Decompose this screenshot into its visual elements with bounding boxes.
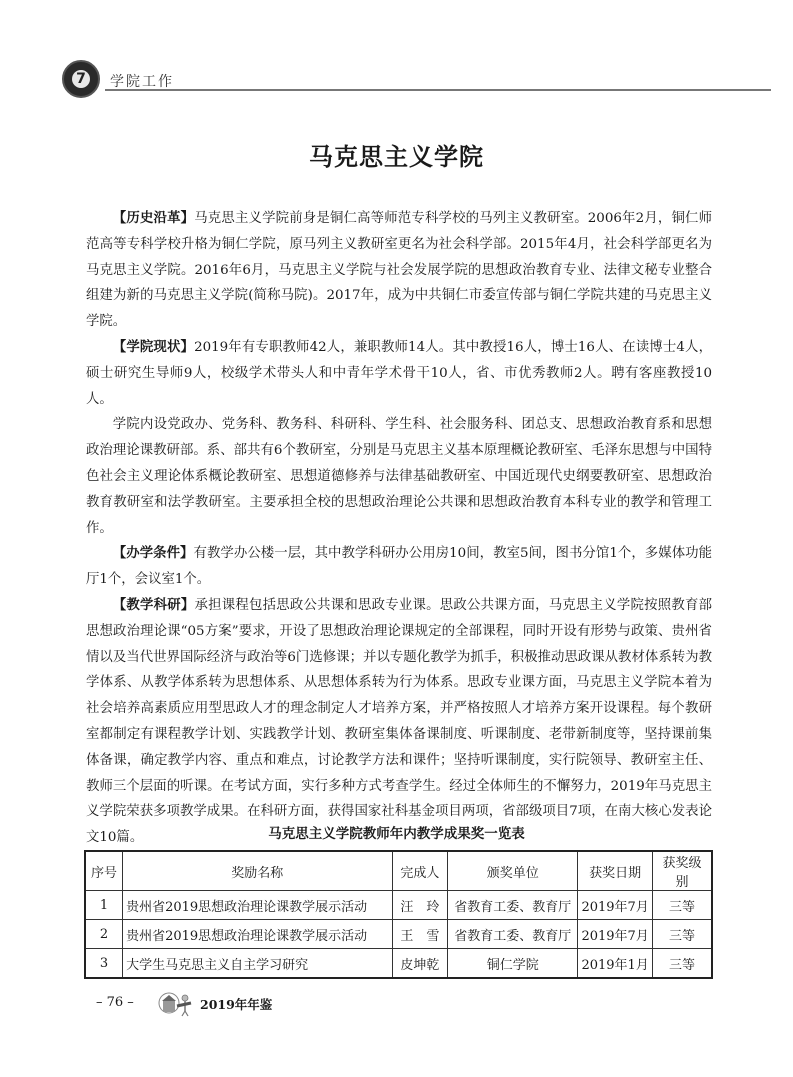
cell-level: 三等 [653,920,712,949]
paragraph-text: 马克思主义学院前身是铜仁高等师范专科学校的马列主义教研室。2006年2月，铜仁师… [86,211,712,329]
cell-issuer: 铜仁学院 [448,949,578,979]
cell-level: 三等 [653,949,712,979]
paragraph-history: 【历史沿革】马克思主义学院前身是铜仁高等师范专科学校的马列主义教研室。2006年… [86,206,712,335]
university-logo-icon: 7 [62,60,100,98]
cell-index: 2 [85,920,123,949]
paragraph-label: 【办学条件】 [113,546,194,561]
table-title: 马克思主义学院教师年内教学成果奖一览表 [0,822,793,842]
cell-issuer: 省教育工委、教育厅 [448,891,578,920]
paragraph-status: 【学院现状】2019年有专职教师42人，兼职教师14人。其中教授16人，博士16… [86,335,712,412]
paragraph-label: 【教学科研】 [113,598,195,613]
column-header: 奖励名称 [123,851,392,891]
cell-date: 2019年1月 [578,949,653,979]
running-header: 7 学院工作 [62,58,712,98]
column-header: 完成人 [392,851,448,891]
cell-date: 2019年7月 [578,920,653,949]
page-number: – 76 – [96,995,134,1010]
paragraph-teaching-research: 【教学科研】承担课程包括思政公共课和思政专业课。思政公共课方面，马克思主义学院按… [86,593,712,851]
section-title: 学院工作 [110,71,174,91]
table-row: 3 大学生马克思主义自主学习研究 皮坤乾 铜仁学院 2019年1月 三等 [85,949,712,979]
cell-recipient: 王 雪 [392,920,448,949]
cell-index: 3 [85,949,123,979]
paragraph-label: 【学院现状】 [113,340,194,355]
paragraph-label: 【历史沿革】 [113,211,194,226]
logo-glyph: 7 [72,70,90,88]
column-header: 序号 [85,851,123,891]
cell-index: 1 [85,891,123,920]
cell-recipient: 汪 玲 [392,891,448,920]
cell-award-name: 大学生马克思主义自主学习研究 [123,949,392,979]
cell-date: 2019年7月 [578,891,653,920]
cell-award-name: 贵州省2019思想政治理论课教学展示活动 [123,920,392,949]
column-header: 获奖级别 [653,851,712,891]
cell-issuer: 省教育工委、教育厅 [448,920,578,949]
paragraph-text: 学院内设党政办、党务科、教务科、科研科、学生科、社会服务科、团总支、思想政治教育… [86,417,712,535]
cell-recipient: 皮坤乾 [392,949,448,979]
article-body: 【历史沿革】马克思主义学院前身是铜仁高等师范专科学校的马列主义教研室。2006年… [86,206,712,851]
cell-level: 三等 [653,891,712,920]
table-row: 2 贵州省2019思想政治理论课教学展示活动 王 雪 省教育工委、教育厅 201… [85,920,712,949]
cell-award-name: 贵州省2019思想政治理论课教学展示活动 [123,891,392,920]
column-header: 获奖日期 [578,851,653,891]
paragraph-text: 承担课程包括思政公共课和思政专业课。思政公共课方面，马克思主义学院按照教育部思想… [86,598,712,845]
paragraph-facilities: 【办学条件】有教学办公楼一层，其中教学科研办公用房10间，教室5间，图书分馆1个… [86,541,712,593]
table-header-row: 序号 奖励名称 完成人 颁奖单位 获奖日期 获奖级别 [85,851,712,891]
column-header: 颁奖单位 [448,851,578,891]
publication-name: 2019年年鉴 [200,995,272,1013]
header-rule [105,89,771,91]
table-row: 1 贵州省2019思想政治理论课教学展示活动 汪 玲 省教育工委、教育厅 201… [85,891,712,920]
page-title: 马克思主义学院 [0,137,793,172]
yearbook-mascot-icon [158,991,192,1017]
awards-table: 序号 奖励名称 完成人 颁奖单位 获奖日期 获奖级别 1 贵州省2019思想政治… [84,850,713,979]
paragraph-structure: 学院内设党政办、党务科、教务科、科研科、学生科、社会服务科、团总支、思想政治教育… [86,412,712,541]
